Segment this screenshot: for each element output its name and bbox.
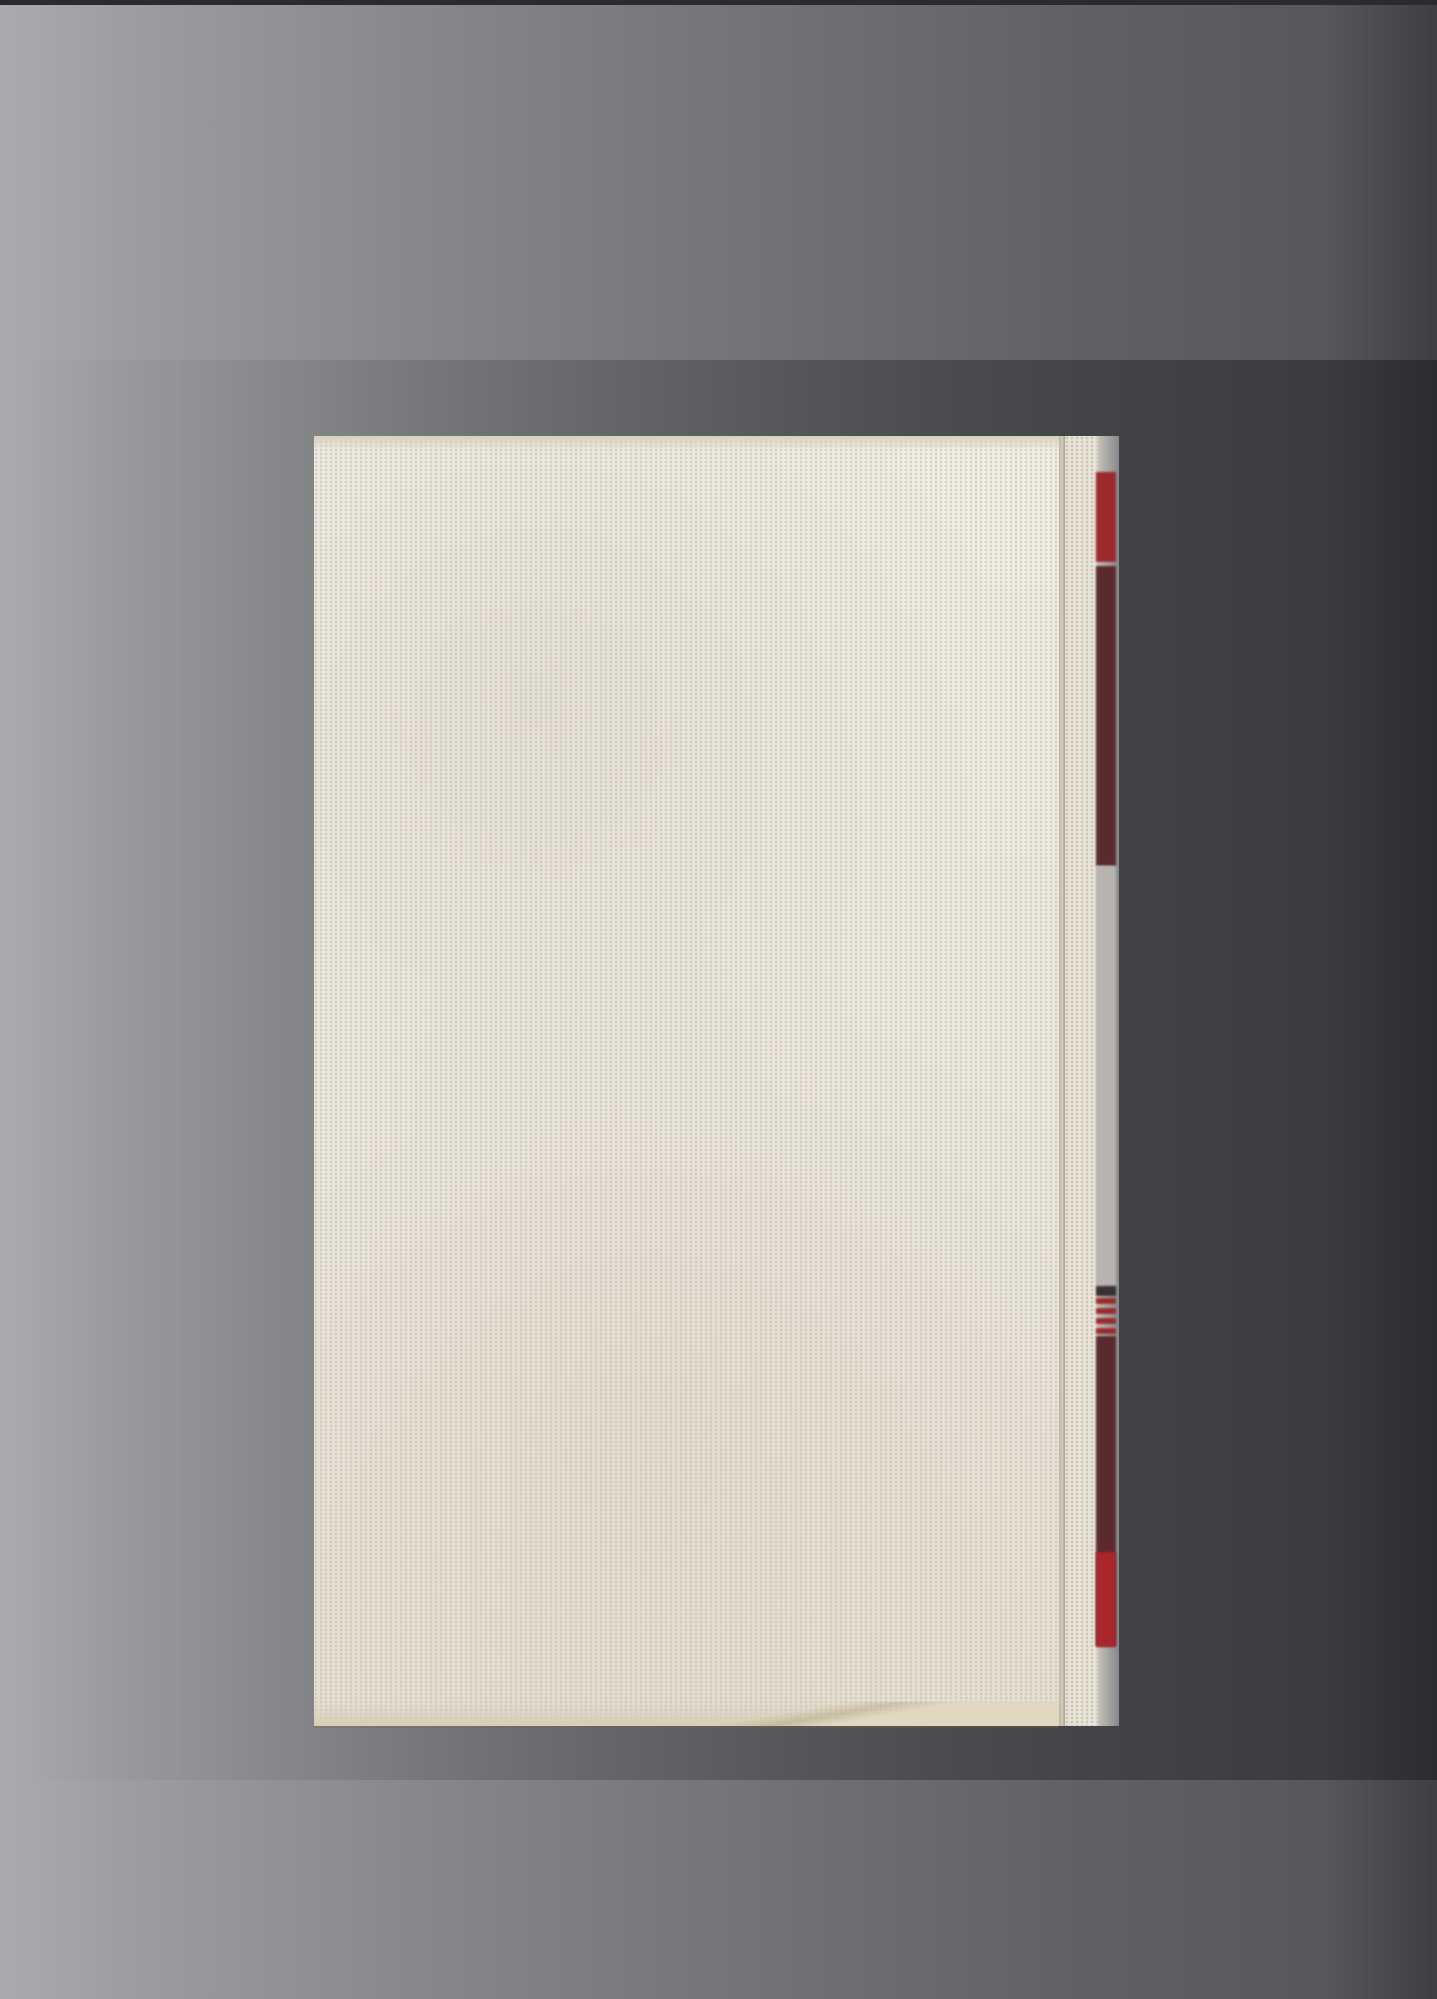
spine-band xyxy=(1096,866,1116,1286)
spine-band xyxy=(1096,566,1116,866)
cover-top-edge xyxy=(314,436,1059,450)
spine-band xyxy=(1096,1318,1116,1324)
spine-band xyxy=(1096,1308,1116,1314)
spine-band xyxy=(1096,1298,1116,1304)
spine-band xyxy=(1096,1552,1116,1647)
spine-cloth-strip xyxy=(1065,436,1098,1726)
cover-bottom-wear xyxy=(614,1702,1059,1726)
spine-band xyxy=(1096,1328,1116,1334)
spine-band xyxy=(1096,1286,1116,1296)
scanner-lid-edge xyxy=(0,0,1437,5)
back-cover xyxy=(314,436,1059,1726)
book xyxy=(314,436,1097,1726)
spine-band xyxy=(1096,472,1116,562)
